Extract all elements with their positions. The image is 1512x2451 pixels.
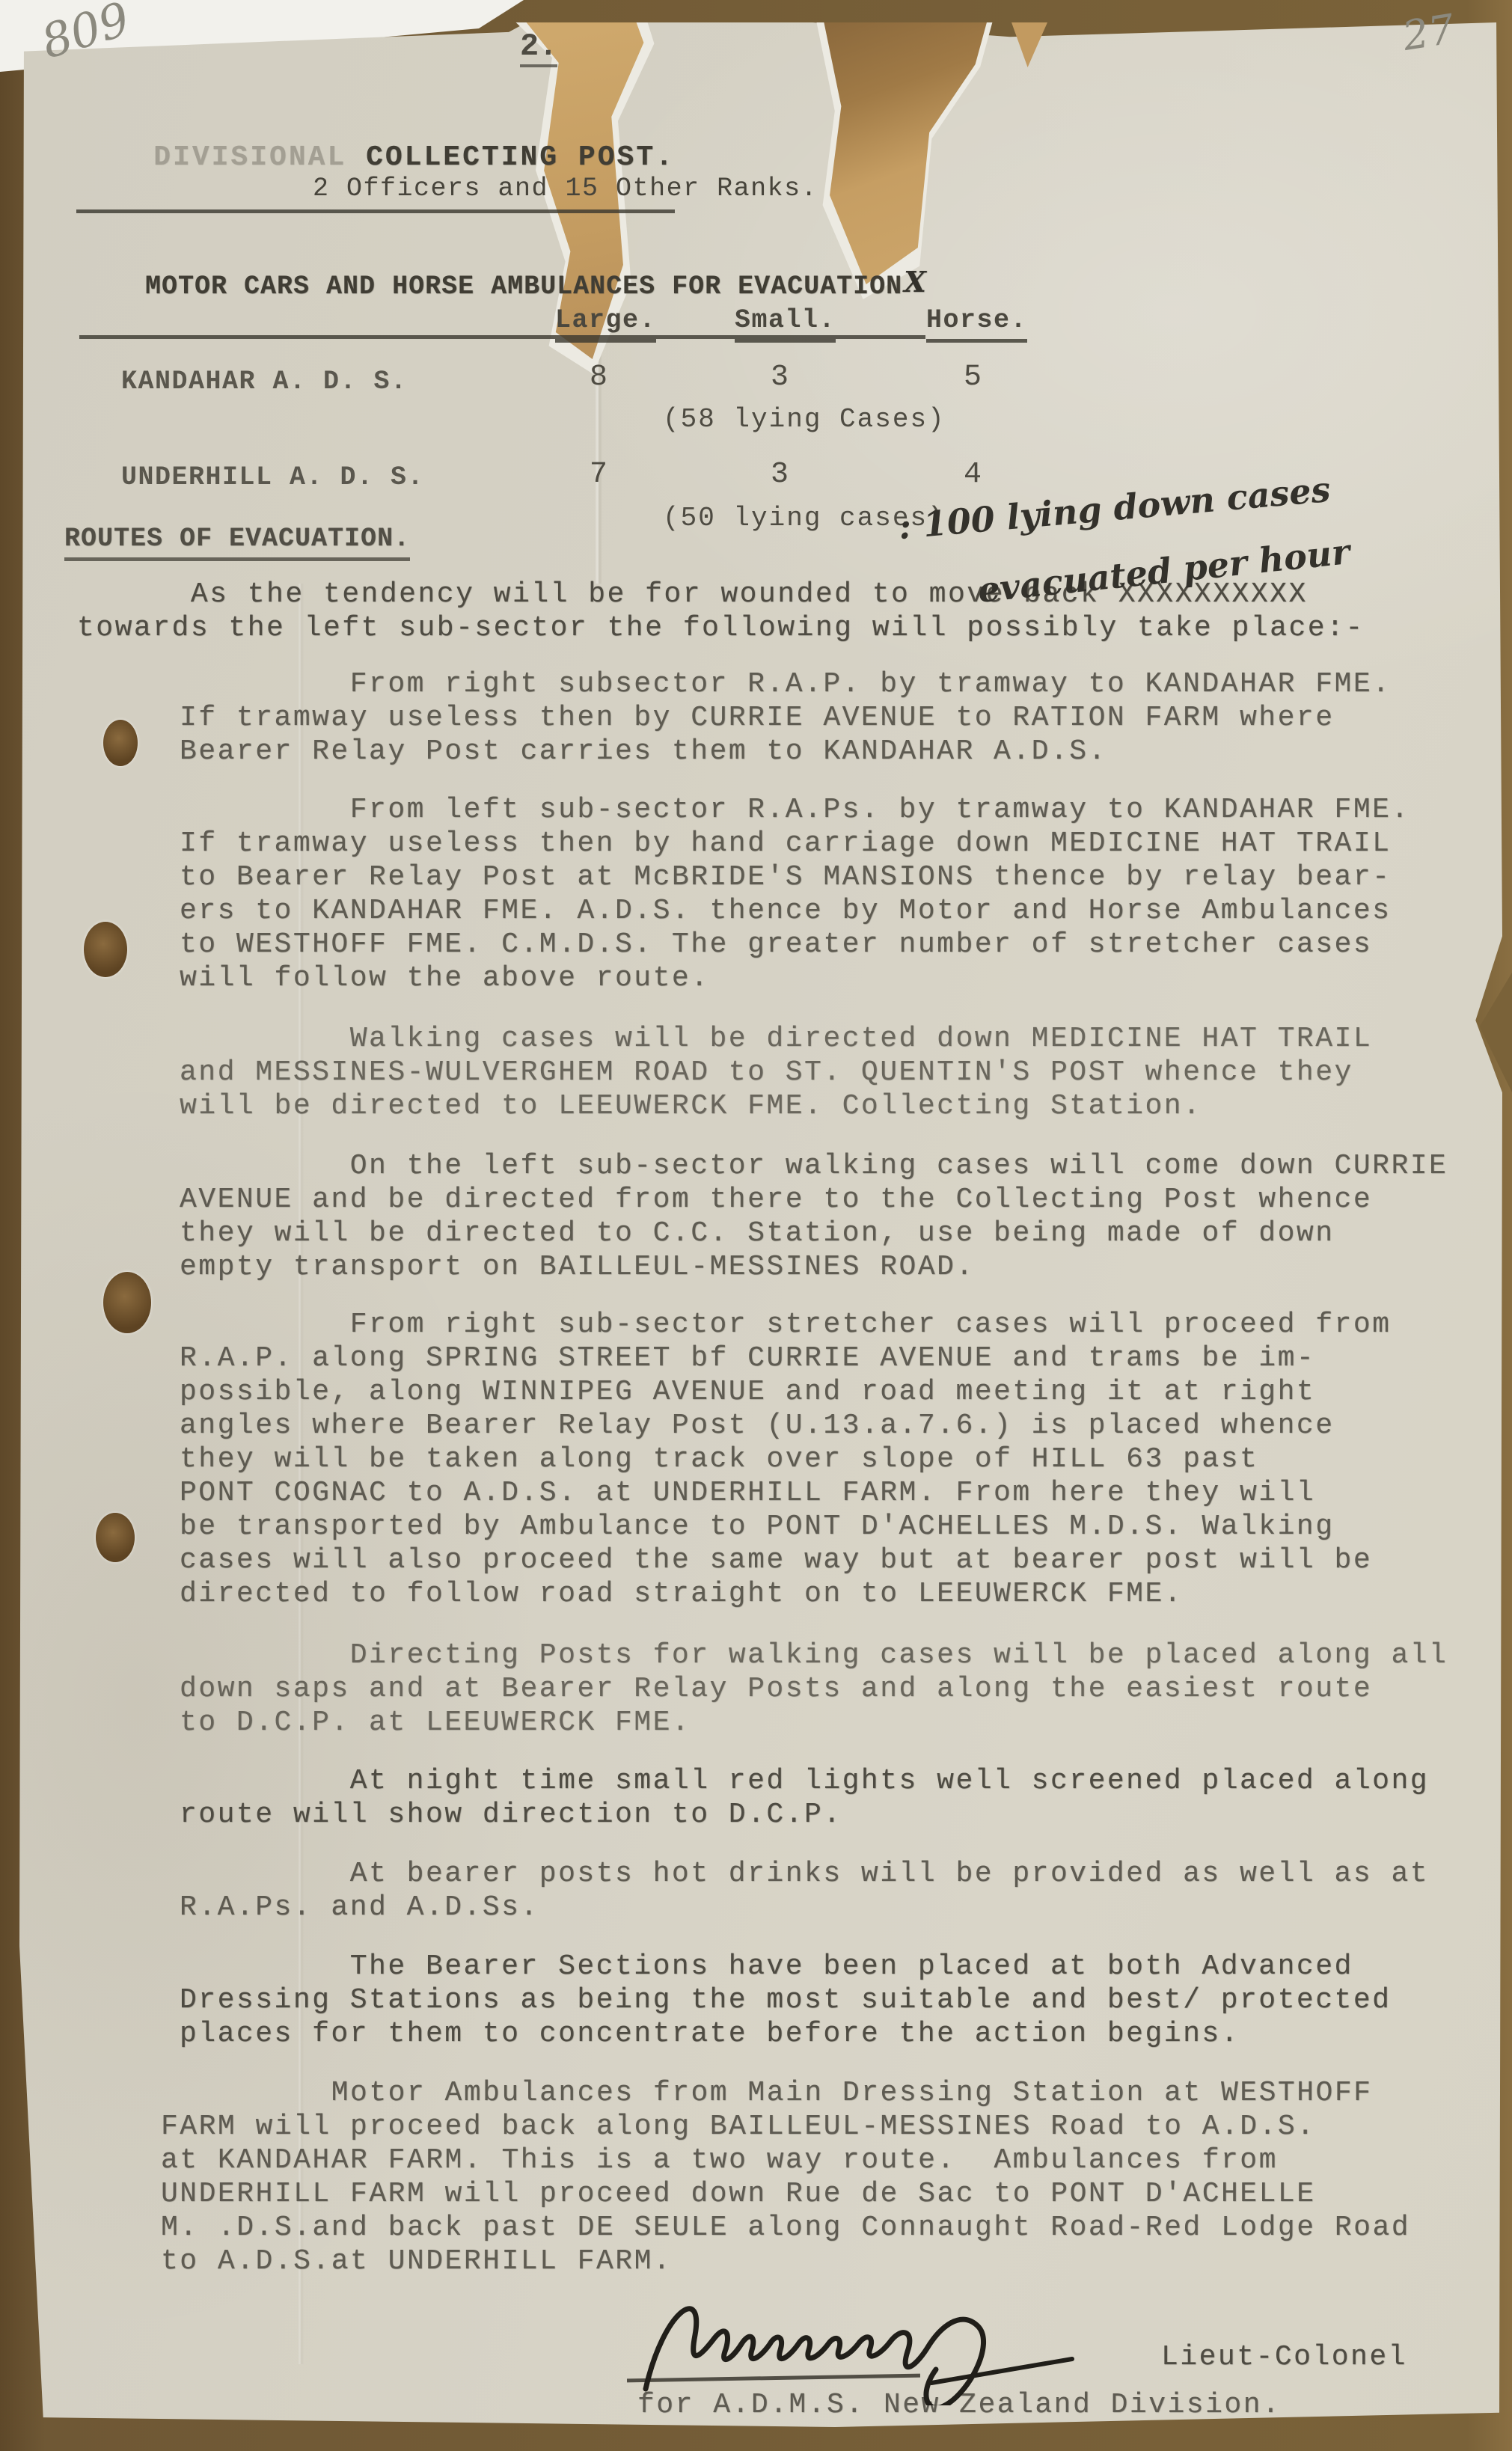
handwritten-signature (632, 2271, 1096, 2405)
staffing-line: 2 Officers and 15 Other Ranks. (313, 174, 818, 204)
table-cell-small: 3 (771, 458, 789, 492)
paragraph-5: On the left sub-sector walking cases wil… (180, 1149, 1448, 1284)
table-row-name: KANDAHAR A. D. S. (121, 367, 408, 397)
table-cell-small: 3 (771, 361, 789, 394)
worm-hole (103, 720, 138, 766)
paragraph-7: Directing Posts for walking cases will b… (180, 1638, 1448, 1739)
paragraph-10: The Bearer Sections have been placed at … (180, 1950, 1391, 2051)
table-cell-horse: 5 (964, 361, 982, 394)
document-heading-text: COLLECTING POST. (366, 141, 675, 174)
handwritten-check-mark: X (904, 265, 926, 299)
paragraph-11: Motor Ambulances from Main Dressing Stat… (161, 2076, 1410, 2278)
paragraph-9: At bearer posts hot drinks will be provi… (180, 1857, 1429, 1924)
table-row-name: UNDERHILL A. D. S. (121, 462, 424, 492)
photographed-document: 809 2. 27 DIVISIONAL COLLECTING POST. 2 … (0, 0, 1512, 2451)
paragraph-8: At night time small red lights well scre… (180, 1764, 1429, 1832)
worm-hole (96, 1513, 135, 1562)
paragraph-4: Walking cases will be directed down MEDI… (180, 1022, 1372, 1123)
worm-hole (103, 1272, 151, 1333)
worm-hole (84, 922, 127, 977)
routes-heading: ROUTES OF EVACUATION. (64, 524, 410, 561)
table-row-note: (58 lying Cases) (663, 404, 946, 435)
signature-rank: Lieut-Colonel (1161, 2340, 1407, 2374)
paragraph-2: From right subsector R.A.P. by tramway t… (180, 667, 1391, 768)
page-number: 2. (520, 28, 557, 67)
document-heading-faded: DIVISIONAL (153, 141, 366, 174)
paragraph-6: From right sub-sector stretcher cases wi… (180, 1308, 1391, 1611)
table-cell-large: 7 (590, 458, 607, 492)
transport-heading-text: MOTOR CARS AND HORSE AMBULANCES FOR EVAC… (145, 272, 902, 302)
table-header-small: Small. (735, 305, 836, 343)
table-header-horse: Horse. (926, 305, 1027, 343)
pencil-number-top-right: 27 (1399, 5, 1457, 60)
paragraph-3: From left sub-sector R.A.Ps. by tramway … (180, 793, 1410, 995)
table-header-large: Large. (555, 305, 656, 343)
table-cell-large: 8 (590, 361, 607, 394)
table-cell-horse: 4 (964, 458, 982, 492)
